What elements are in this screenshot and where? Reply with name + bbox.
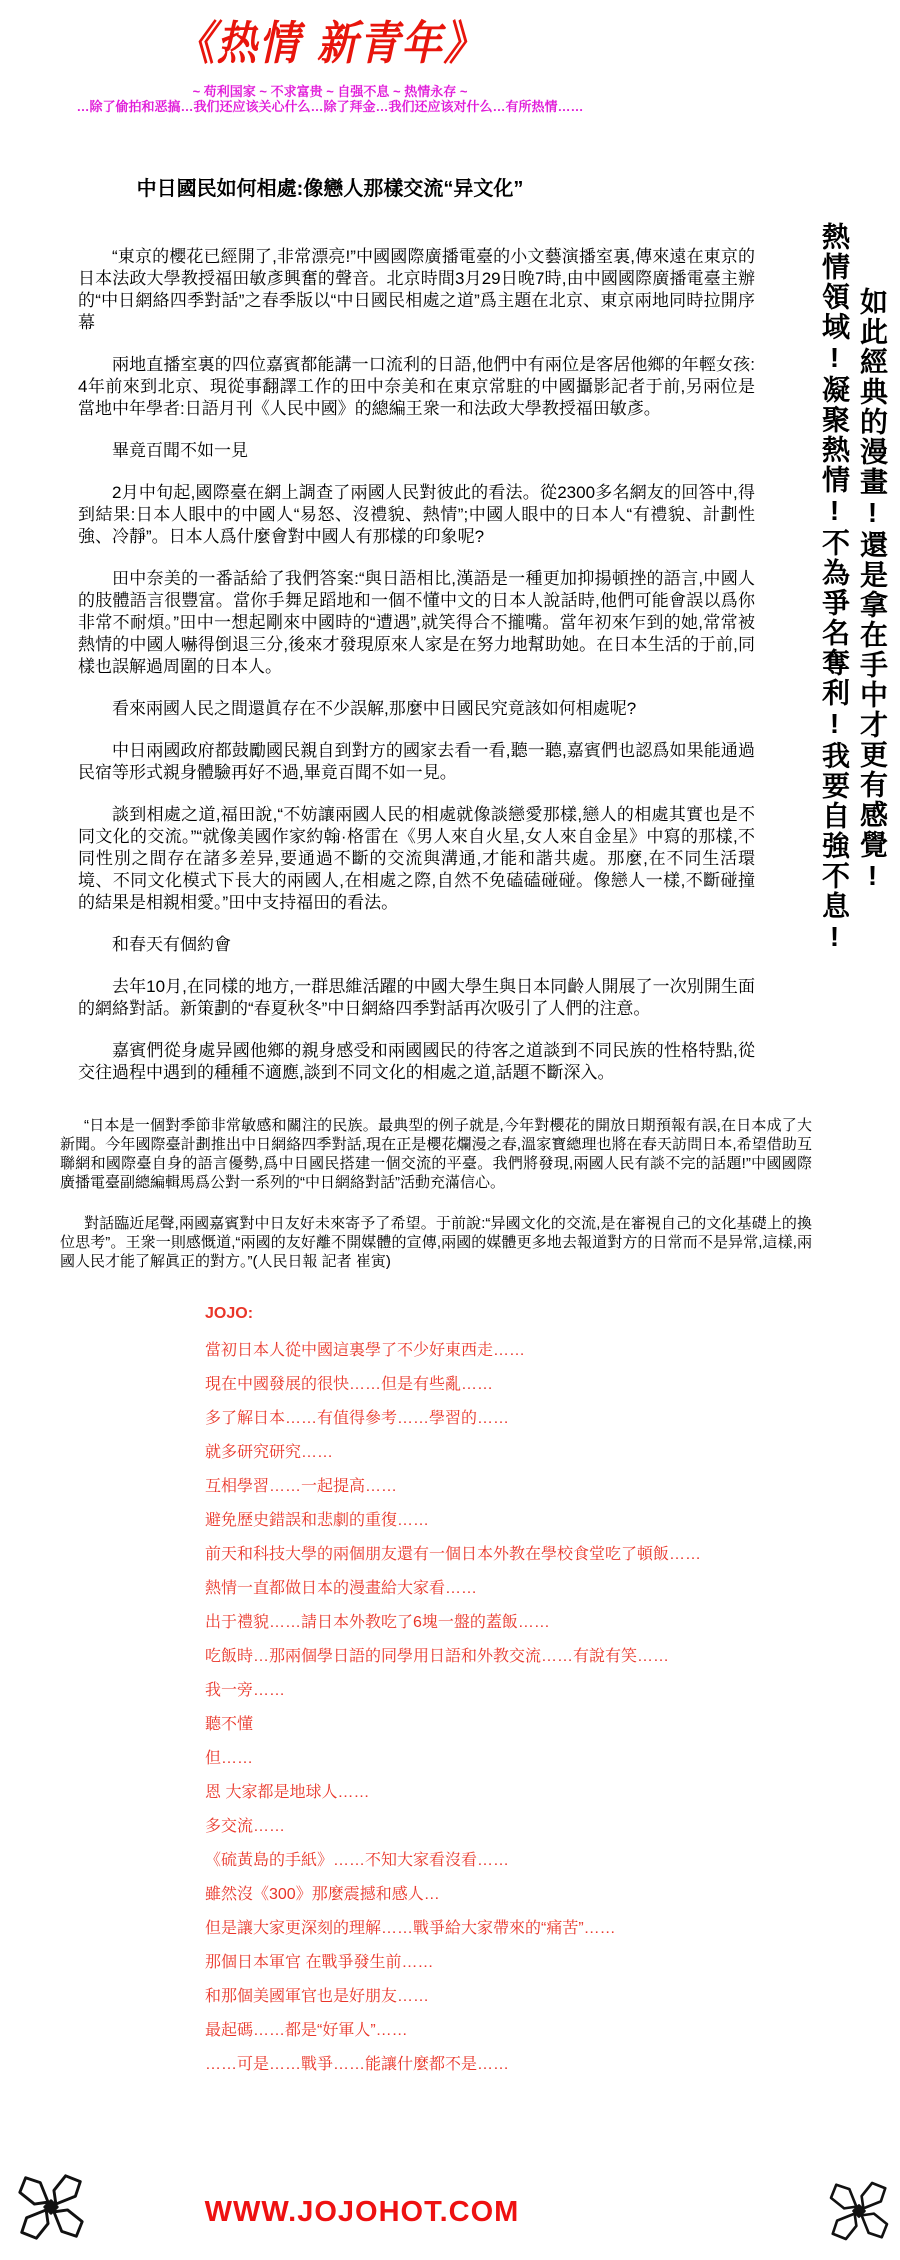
footer-url-link[interactable]: WWW.JOJOHOT.COM [205,2196,520,2228]
comment-line: 那個日本軍官 在戰爭發生前…… [205,1955,900,1971]
comment-line: 出于禮貌……請日本外教吃了6塊一盤的蓋飯…… [205,1615,900,1631]
comment-section: JOJO: 當初日本人從中國這裏學了不少好東西走……現在中國發展的很快……但是有… [205,1305,900,2073]
article-footnote-paragraph: “日本是一個對季節非常敏感和關注的民族。最典型的例子就是,今年對櫻花的開放日期預… [60,1116,812,1192]
comment-line: 避免歷史錯誤和悲劇的重復…… [205,1513,900,1529]
comment-line: 雖然沒《300》那麼震撼和感人… [205,1887,900,1903]
comment-author: JOJO: [205,1305,900,1323]
article-paragraph: 2月中旬起,國際臺在網上調查了兩國人民對彼此的看法。從2300多名網友的回答中,… [78,482,755,548]
comment-line: 《硫黃島的手紙》……不知大家看沒看…… [205,1853,900,1869]
article-footnote: “日本是一個對季節非常敏感和關注的民族。最典型的例子就是,今年對櫻花的開放日期預… [60,1116,812,1271]
comment-line: 最起碼……都是“好軍人”…… [205,2023,900,2039]
comment-line: 就多研究研究…… [205,1445,900,1461]
vertical-slogan-inner: 熱情領域!凝聚熱情!不為爭名奪利!我要自強不息! [820,222,848,954]
pinwheel-icon [12,2168,90,2246]
masthead-title: 《热情 新青年》 [174,12,486,74]
pinwheel-icon [824,2176,894,2246]
article-paragraph: 和春天有個約會 [78,934,755,956]
comment-line: 多了解日本……有值得參考……學習的…… [205,1411,900,1427]
article-paragraph: 談到相處之道,福田說,“不妨讓兩國人民的相處就像談戀愛那樣,戀人的相處其實也是不… [78,804,755,914]
article-paragraph: 田中奈美的一番話給了我們答案:“與日語相比,漢語是一種更加抑揚頓挫的語言,中國人… [78,568,755,678]
comment-line: 多交流…… [205,1819,900,1835]
comment-line: 但是讓大家更深刻的理解……戰爭給大家帶來的“痛苦”…… [205,1921,900,1937]
article-paragraph: 嘉賓們從身處异國他鄉的親身感受和兩國國民的待客之道談到不同民族的性格特點,從交往… [78,1040,755,1084]
comment-line: 恩 大家都是地球人…… [205,1785,900,1801]
article-paragraph: 中日兩國政府都鼓勵國民親自到對方的國家去看一看,聽一聽,嘉賓們也認爲如果能通過民… [78,740,755,784]
article-paragraph: 看來兩國人民之間還眞存在不少誤解,那麼中日國民究竟該如何相處呢? [78,698,755,720]
comment-lines: 當初日本人從中國這裏學了不少好東西走……現在中國發展的很快……但是有些亂……多了… [205,1343,900,2073]
comment-line: 前天和科技大學的兩個朋友還有一個日本外教在學校食堂吃了頓飯…… [205,1547,900,1563]
comment-line: 吃飯時…那兩個學日語的同學用日語和外教交流……有說有笑…… [205,1649,900,1665]
article-title: 中日國民如何相處:像戀人那樣交流“异文化” [0,176,660,202]
article-paragraph: 畢竟百聞不如一見 [78,440,755,462]
article-paragraph: “東京的櫻花已經開了,非常漂亮!”中國國際廣播電臺的小文藝演播室裏,傳來遠在東京… [78,246,755,334]
vertical-slogan-outer: 如此經典的漫畫!還是拿在手中才更有感覺! [858,287,886,893]
page: 《热情 新青年》 ~ 苟利国家 ~ 不求富贵 ~ 自强不息 ~ 热情永存 ~ …… [0,0,900,2260]
article-paragraph: 去年10月,在同樣的地方,一群思維活躍的中國大學生與日本同齡人開展了一次別開生面… [78,976,755,1020]
site-footer: WWW.JOJOHOT.COM [112,2196,612,2229]
comment-line: 但…… [205,1751,900,1767]
comment-line: 現在中國發展的很快……但是有些亂…… [205,1377,900,1393]
article-paragraph: 兩地直播室裏的四位嘉賓都能講一口流利的日語,他們中有兩位是客居他鄉的年輕女孩:4… [78,354,755,420]
comment-line: 我一旁…… [205,1683,900,1699]
comment-line: ……可是……戰爭……能讓什麼都不是…… [205,2057,900,2073]
article-footnote-paragraph: 對話臨近尾聲,兩國嘉賓對中日友好未來寄予了希望。于前說:“异國文化的交流,是在審… [60,1214,812,1271]
comment-line: 熱情一直都做日本的漫畫給大家看…… [205,1581,900,1597]
comment-line: 和那個美國軍官也是好朋友…… [205,1989,900,2005]
comment-line: 互相學習……一起提高…… [205,1479,900,1495]
masthead-motto-1: ~ 苟利国家 ~ 不求富贵 ~ 自强不息 ~ 热情永存 ~ [0,84,660,99]
masthead: 《热情 新青年》 ~ 苟利国家 ~ 不求富贵 ~ 自强不息 ~ 热情永存 ~ …… [0,0,660,114]
comment-line: 聽不懂 [205,1717,900,1733]
comment-line: 當初日本人從中國這裏學了不少好東西走…… [205,1343,900,1359]
masthead-motto-2: …除了偷拍和恶搞…我们还应该关心什么…除了拜金…我们还应该对什么…有所热情…… [0,99,660,114]
article-body: “東京的櫻花已經開了,非常漂亮!”中國國際廣播電臺的小文藝演播室裏,傳來遠在東京… [78,246,755,1084]
